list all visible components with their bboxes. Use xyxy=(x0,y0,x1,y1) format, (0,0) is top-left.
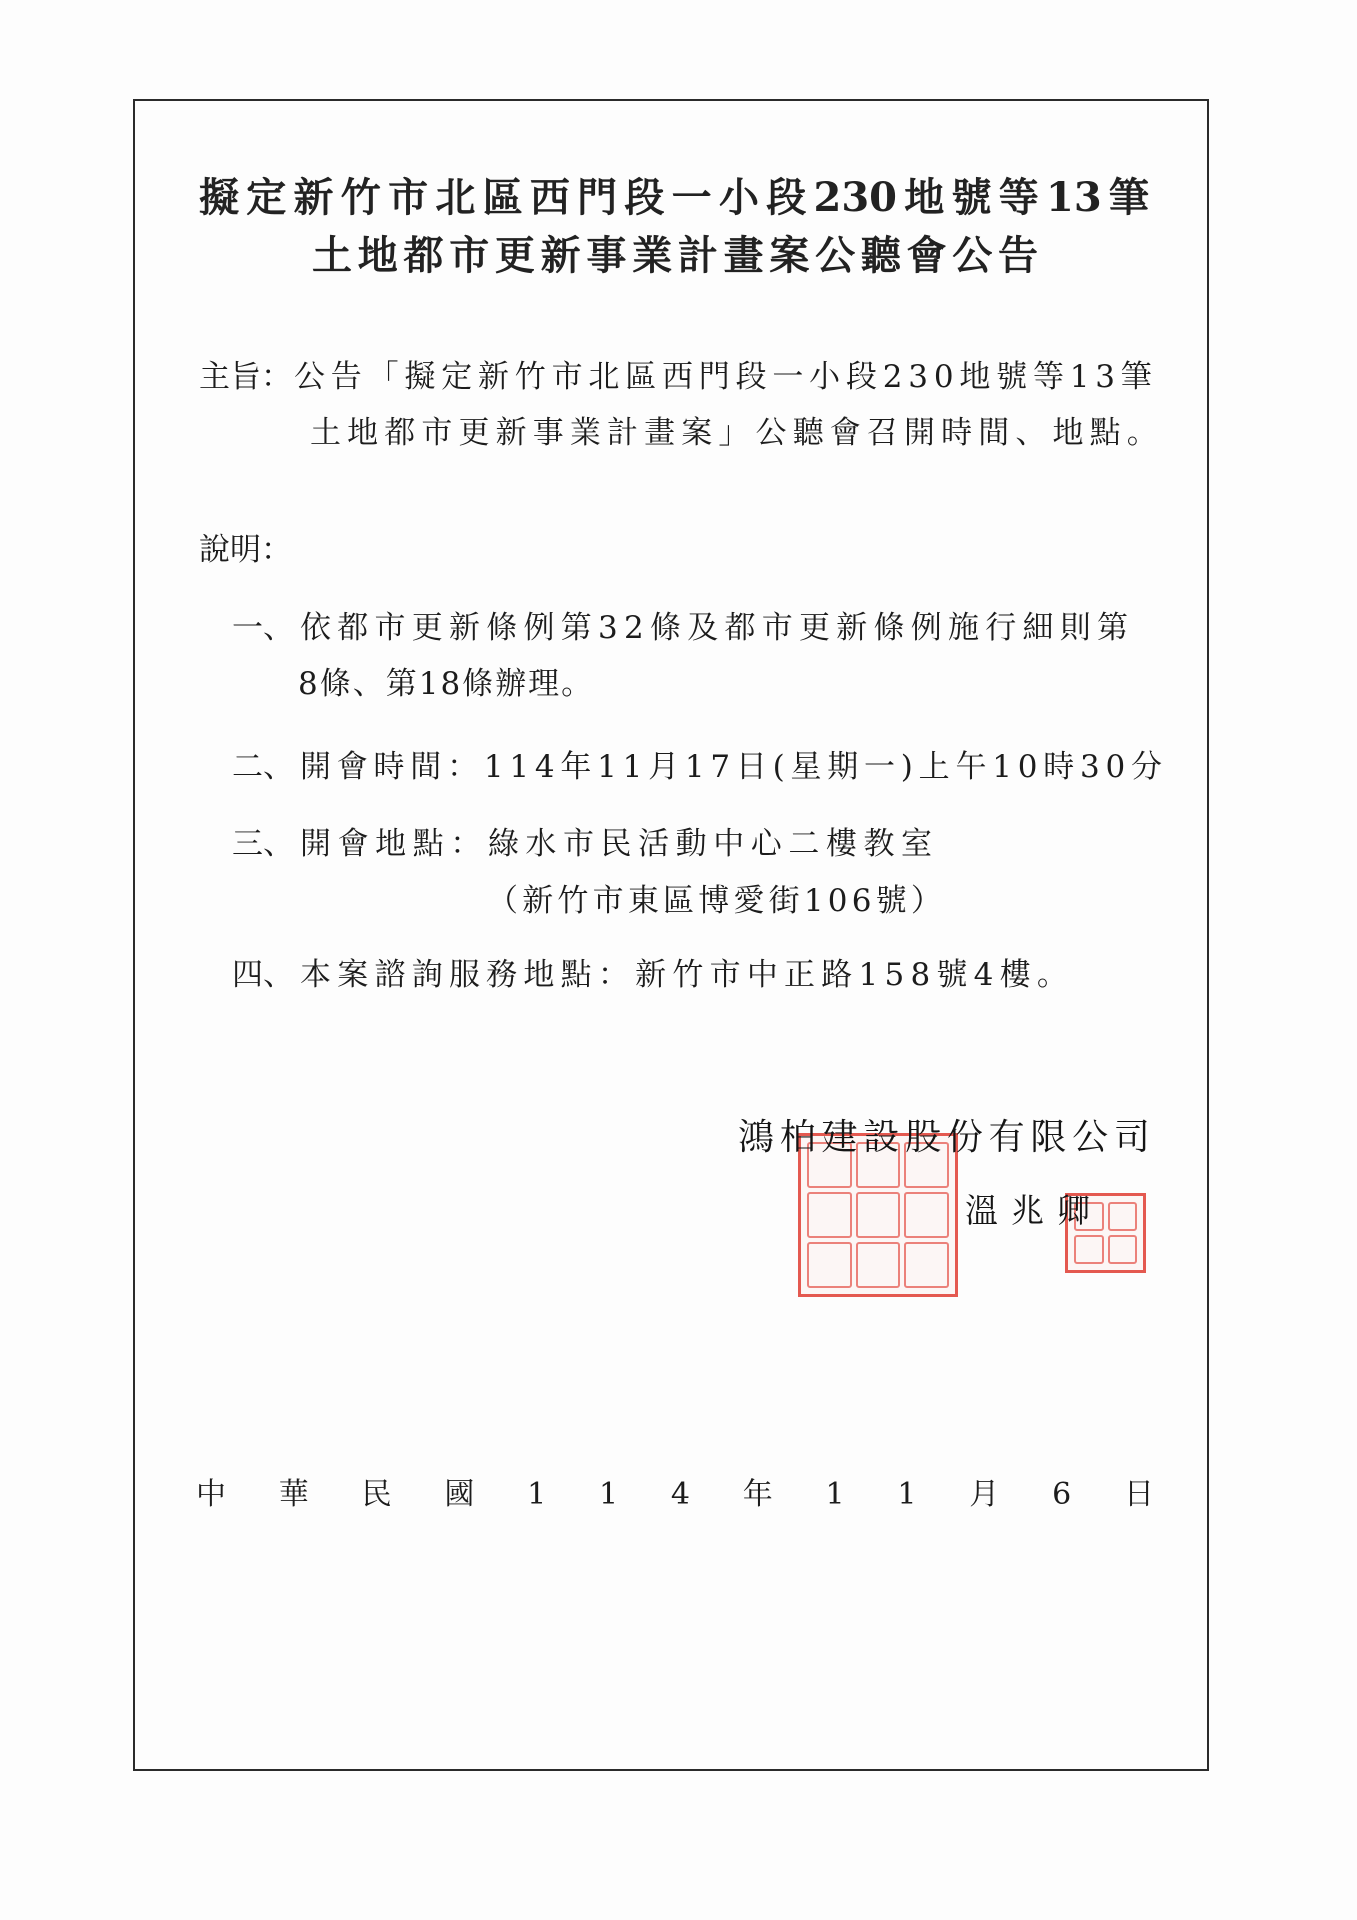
date-char: 國 xyxy=(444,1480,474,1510)
item-3-number: 三、 xyxy=(232,829,294,860)
representative-name: 溫兆卿 xyxy=(965,1194,1090,1227)
subject-line-2: 土地都市更新事業計畫案」公聽會召開時間、地點。 xyxy=(310,418,1158,449)
subject-label: 主旨： xyxy=(199,362,292,393)
company-name: 鴻柏建設股份有限公司 xyxy=(738,1120,1150,1156)
date-char: 1 xyxy=(527,1480,546,1510)
issue-date: 中 華 民 國 1 1 4 年 1 1 月 6 日 xyxy=(196,1480,1154,1510)
notice-title-line-2: 土地都市更新事業計畫案公聽會公告 xyxy=(312,236,1038,276)
item-2-line-1: 開會時間：114年11月17日(星期一)上午10時30分 xyxy=(300,752,1162,783)
date-char: 1 xyxy=(897,1480,916,1510)
date-char: 1 xyxy=(599,1480,618,1510)
item-3-line-2: （新竹市東區博愛街106號） xyxy=(487,886,942,917)
date-char: 1 xyxy=(826,1480,845,1510)
date-char: 年 xyxy=(743,1480,773,1510)
item-4-number: 四、 xyxy=(232,960,294,991)
date-char: 6 xyxy=(1052,1480,1071,1510)
item-4-line-1: 本案諮詢服務地點：新竹市中正路158號4樓。 xyxy=(300,960,1068,991)
date-char: 月 xyxy=(969,1480,999,1510)
item-2-number: 二、 xyxy=(232,752,294,783)
date-char: 民 xyxy=(362,1480,392,1510)
date-char: 華 xyxy=(279,1480,309,1510)
item-3-line-1: 開會地點：綠水市民活動中心二樓教室 xyxy=(300,829,932,860)
item-1-line-1: 依都市更新條例第32條及都市更新條例施行細則第 xyxy=(300,613,1128,644)
subject-line-1: 公告「擬定新竹市北區西門段一小段230地號等13筆 xyxy=(294,362,1152,393)
date-char: 4 xyxy=(671,1480,690,1510)
explanation-label: 說明： xyxy=(199,535,292,566)
item-1-number: 一、 xyxy=(232,613,294,644)
document-border xyxy=(133,99,1209,1771)
item-1-line-2: 8條、第18條辦理。 xyxy=(298,669,594,700)
notice-title-line-1: 擬定新竹市北區西門段一小段230地號等13筆 xyxy=(199,178,1149,218)
date-char: 中 xyxy=(196,1480,226,1510)
date-char: 日 xyxy=(1124,1480,1154,1510)
